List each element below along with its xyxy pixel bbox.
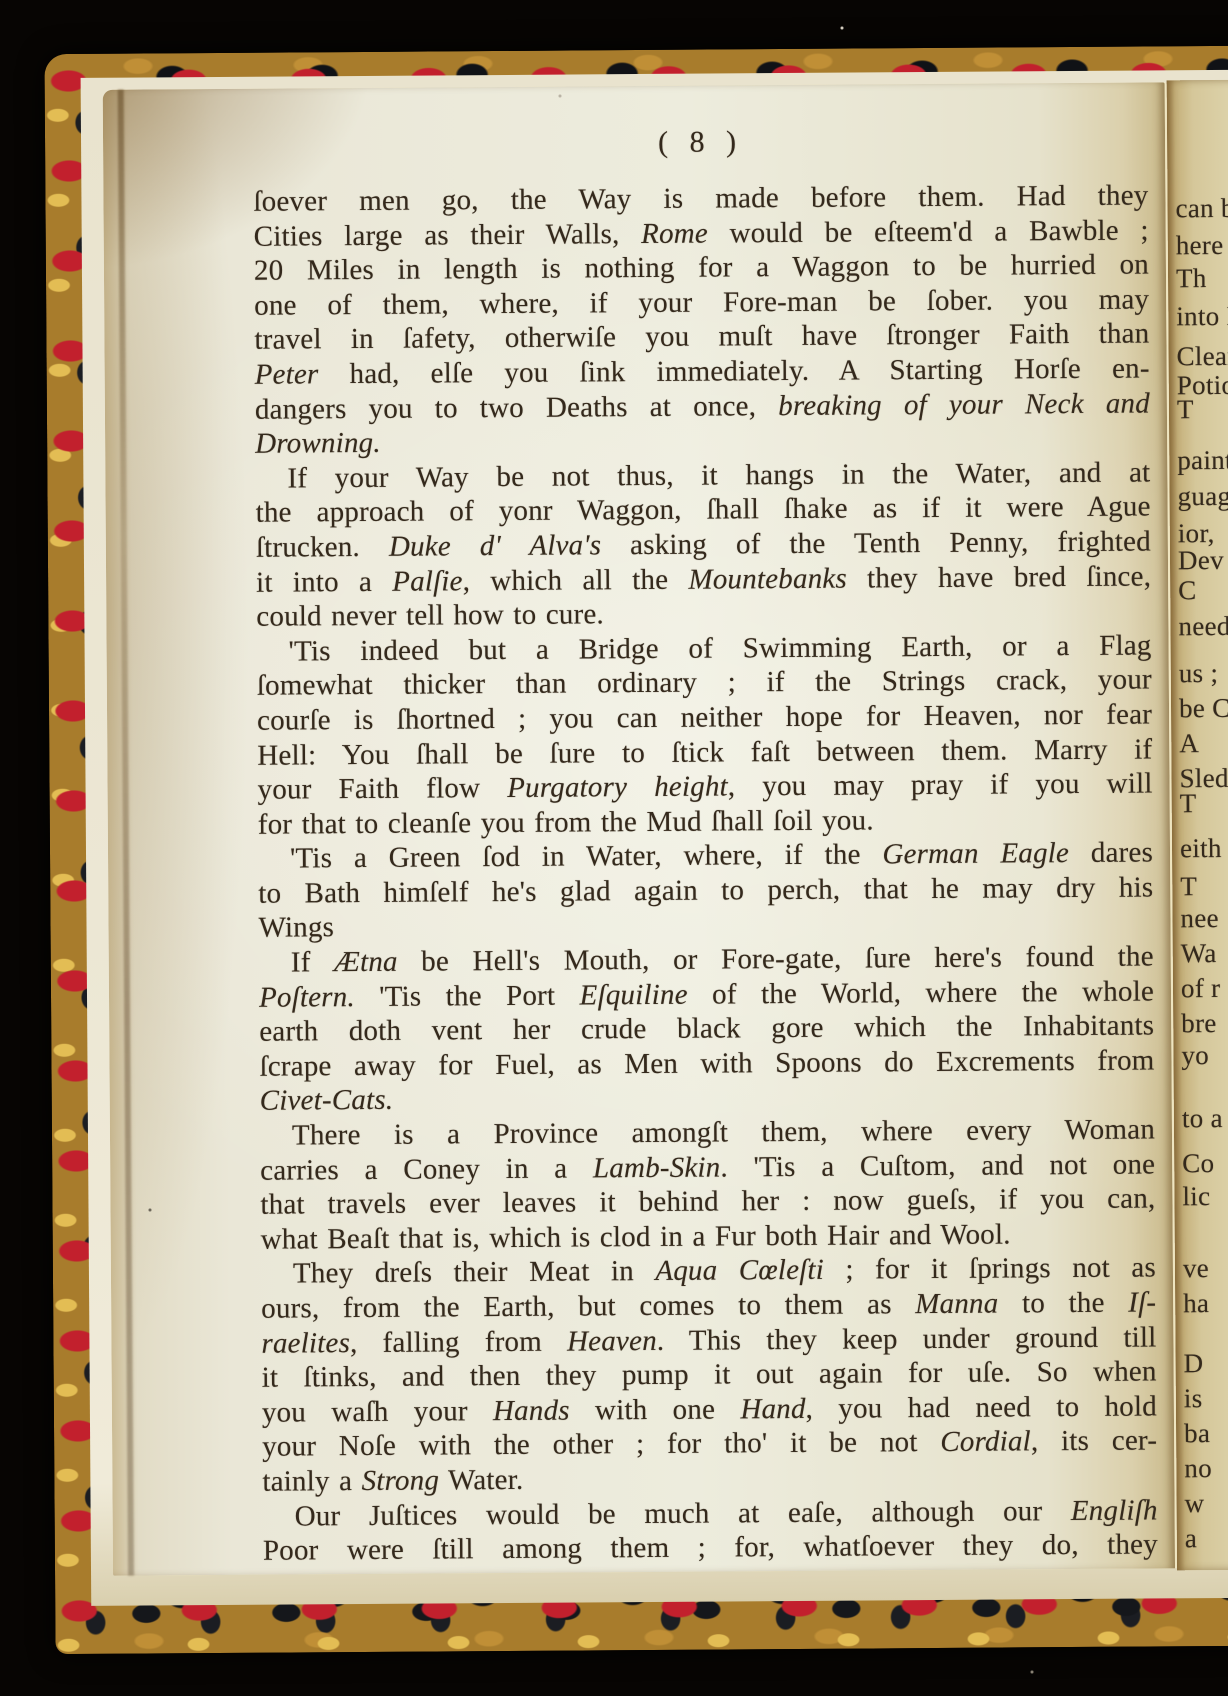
text-line: There is a Province amongſt them, where … [260,1112,1155,1153]
italic-text-segment: Palſie [392,565,463,597]
text-segment: If your Way be not thus, it hangs in the… [287,456,1150,494]
text-segment: Hell: You ſhall be ſure to ſtick faſt be… [257,733,1152,771]
text-line: If Ætna be Hell's Mouth, or Fore-gate, ſ… [259,940,1154,981]
text-segment: of the World, where the whole [688,975,1154,1010]
recto-text-fragment: C [1178,575,1197,605]
recto-text-fragment: guag [1177,481,1228,511]
text-segment: dangers you to two Deaths at once, [255,390,779,426]
recto-text-fragment: need [1178,611,1228,641]
recto-text-fragment: a [1185,1523,1198,1553]
text-segment: to Bath himſelf he's glad again to perch… [258,871,1153,909]
text-segment: would be eſteem'd a Bawble ; [708,214,1149,249]
italic-text-segment: Peter [255,358,319,390]
text-line: 20 Miles in length is nothing for a Wagg… [254,248,1149,289]
italic-text-segment: Heaven [567,1325,657,1358]
text-segment: your Noſe with the other ; for tho' it b… [262,1426,940,1463]
recto-text-fragment: us ; [1179,658,1219,688]
italic-text-segment: raelites [261,1327,350,1360]
italic-text-segment: Civet-Cats. [260,1084,394,1117]
recto-text-column: can bhereThinto NClearPotioTpaintguagior… [1167,79,1228,80]
text-segment: ſcrape away for Fuel, as Men with Spoons… [259,1044,1154,1082]
recto-text-fragment: T [1180,871,1197,901]
recto-text-fragment: ba [1184,1418,1210,1448]
text-segment: they have bred ſince, [847,560,1151,594]
italic-text-segment: Purgatory height [507,771,728,805]
italic-text-segment: breaking of your Neck and [778,387,1150,422]
recto-text-fragment: of r [1181,973,1221,1003]
recto-text-fragment: ha [1183,1288,1209,1318]
text-segment: . 'Tis a Cuſtom, and not one [720,1148,1155,1183]
text-segment: tainly a [262,1465,361,1498]
recto-text-fragment: ve [1183,1253,1209,1283]
recto-text-fragment: no [1184,1453,1212,1483]
text-segment: , which all the [463,563,689,597]
text-line: it ſtinks, and then they pump it out aga… [262,1355,1157,1396]
text-segment: ; for it ſprings not as [824,1252,1156,1286]
recto-text-fragment: A [1179,728,1199,758]
italic-text-segment: Iſ- [1128,1286,1156,1318]
text-segment: Water. [439,1464,524,1497]
text-segment: 'Tis a Green ſod in Water, where, if the [290,839,883,875]
text-segment: ſoever men go, the Way is made before th… [253,179,1148,217]
italic-text-segment: Strong [362,1464,440,1497]
text-segment: it ſtinks, and then they pump it out aga… [262,1356,1157,1394]
recto-text-fragment: yo [1181,1040,1209,1070]
page-number: ( 8 ) [253,122,1148,164]
text-segment: your Faith flow [257,772,507,806]
text-segment: be Hell's Mouth, or Fore-gate, ſure here… [398,941,1154,978]
text-segment: that travels ever leaves it behind her :… [260,1183,1155,1221]
recto-text-fragment: Dev [1178,545,1224,575]
text-segment: you waſh your [262,1395,493,1429]
text-segment: travel in ſafety, otherwiſe you muſt hav… [254,318,1149,356]
text-segment: could never tell how to cure. [256,598,604,632]
text-segment: They dreſs their Meat in [293,1255,656,1290]
recto-text-fragment: ior, [1178,518,1215,548]
text-segment: . This they keep under ground till [657,1321,1157,1356]
recto-text-fragment: nee [1180,903,1219,933]
text-block: ſoever men go, the Way is made before th… [253,178,1158,1568]
text-line: to Bath himſelf he's glad again to perch… [258,870,1153,911]
inner-margin-stain [118,90,134,1576]
italic-text-segment: Eſquiline [579,978,687,1011]
text-line: courſe is ſhortned ; you can neither hop… [257,697,1152,738]
recto-text-fragment: D [1183,1348,1203,1378]
recto-text-fragment: Clear [1176,341,1228,371]
text-segment: ſomewhat thicker than ordinary ; if the … [257,664,1152,702]
text-line: Poor were ſtill among them ; for, whatſo… [263,1528,1158,1569]
recto-text-fragment: lic [1182,1181,1210,1211]
text-segment: had, elſe you ſink immediately. A Starti… [318,352,1149,390]
text-segment: dares [1069,837,1153,870]
italic-text-segment: Rome [641,217,708,249]
recto-text-fragment: T [1177,394,1194,424]
text-segment: 'Tis indeed but a Bridge of Swimming Ear… [288,629,1151,667]
recto-text-fragment: here [1176,230,1224,260]
text-segment: ſtrucken. [256,531,389,564]
text-line: ſtrucken. Duke d' Alva's asking of the T… [256,524,1151,565]
text-segment: , you may pray if you will [728,768,1153,803]
text-segment: There is a Province amongſt them, where … [292,1113,1155,1151]
text-line: ſoever men go, the Way is made before th… [253,178,1148,219]
recto-text-fragment: paint [1177,445,1228,475]
recto-text-fragment: w [1184,1488,1204,1518]
italic-text-segment: Ætna [334,946,398,978]
text-segment: courſe is ſhortned ; you can neither hop… [257,698,1152,736]
recto-text-fragment: is [1184,1383,1203,1413]
text-segment: asking of the Tenth Penny, frighted [601,525,1151,561]
recto-text-fragment: to a [1182,1103,1223,1133]
text-segment: , you had need to hold [806,1390,1157,1424]
text-line: dangers you to two Deaths at once, break… [255,386,1150,427]
text-segment: one of them, where, if your Fore-man be … [254,283,1149,321]
text-segment: to the [998,1287,1128,1320]
text-line: your Noſe with the other ; for tho' it b… [262,1424,1157,1465]
recto-text-fragment: T [1180,788,1197,818]
recto-text-fragment: into N [1176,301,1228,331]
recto-text-fragment: Co [1182,1148,1214,1178]
text-segment: , falling from [350,1325,567,1359]
recto-text-fragment: be C [1179,693,1228,723]
recto-text-fragment: eith [1180,833,1222,863]
text-line: ours, from the Earth, but comes to them … [261,1285,1156,1326]
italic-text-segment: Manna [915,1288,998,1321]
italic-text-segment: Hands [493,1394,570,1427]
text-segment: Cities large as their Walls, [254,218,642,253]
text-segment: , its cer- [1031,1425,1157,1458]
italic-text-segment: Duke d' Alva's [389,529,601,562]
italic-text-segment: Aqua Cœleſti [655,1254,824,1287]
italic-text-segment: Lamb-Skin [593,1151,721,1184]
text-segment: ours, from the Earth, but comes to them … [261,1288,915,1325]
text-segment: 20 Miles in length is nothing for a Wagg… [254,249,1149,287]
text-segment: for that to cleanſe you from the Mud ſha… [258,804,874,840]
text-segment: what Beaſt that is, which is clod in a F… [261,1218,1011,1255]
italic-text-segment: Mountebanks [688,562,847,595]
book-page-verso: ( 8 ) ſoever men go, the Way is made bef… [103,82,1175,1575]
text-segment: 'Tis the Port [355,979,580,1013]
text-line: your Faith flow Purgatory height, you ma… [257,767,1152,808]
text-line: ſcrape away for Fuel, as Men with Spoons… [259,1043,1154,1084]
italic-text-segment: Cordial [940,1426,1031,1459]
text-segment: the approach of yonr Waggon, ſhall ſhake… [256,491,1151,529]
italic-text-segment: Drowning. [255,427,381,460]
text-segment: it into a [256,565,392,598]
text-segment: earth doth vent her crude black gore whi… [259,1010,1154,1048]
text-segment: Our Juſtices would be much at eaſe, alth… [295,1495,1071,1532]
scan-background: can bhereThinto NClearPotioTpaintguagior… [0,0,1228,1696]
text-line: Peter had, elſe you ſink immediately. A … [255,351,1150,392]
text-segment: Wings [258,912,334,945]
open-book: can bhereThinto NClearPotioTpaintguagior… [44,46,1228,1654]
text-line: it into a Palſie, which all the Mounteba… [256,559,1151,600]
italic-text-segment: Hand [740,1393,805,1425]
text-segment: If [291,946,334,978]
text-segment: Poor were ſtill among them ; for, whatſo… [263,1529,1158,1567]
text-segment: carries a Coney in a [260,1152,593,1186]
recto-text-fragment: can b [1175,193,1228,223]
text-line: that travels ever leaves it behind her :… [260,1182,1155,1223]
text-segment: with one [570,1393,741,1426]
recto-text-fragment: Wa [1181,938,1217,968]
italic-text-segment: Poſtern. [259,981,355,1014]
recto-text-fragment: Th [1176,263,1207,293]
italic-text-segment: German Eagle [882,837,1069,870]
italic-text-segment: Engliſh [1071,1494,1158,1527]
recto-text-fragment: bre [1181,1008,1217,1038]
book-page-recto: can bhereThinto NClearPotioTpaintguagior… [1167,79,1228,1570]
